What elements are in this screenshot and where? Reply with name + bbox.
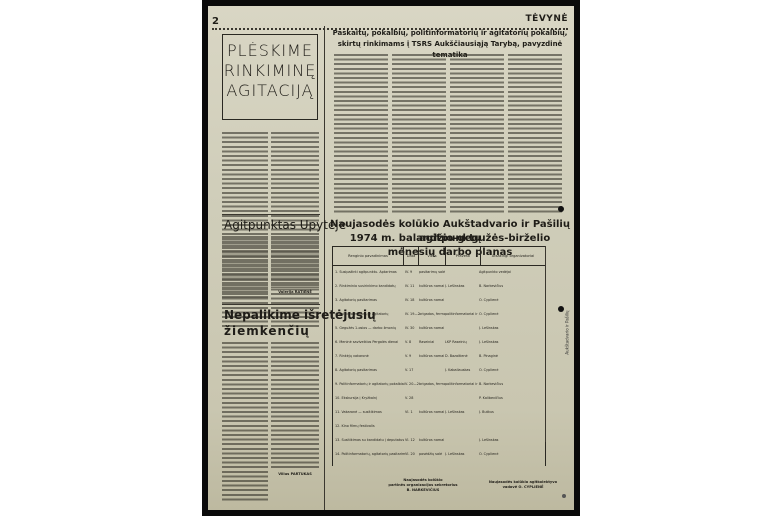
cell-organizers: J. Lešinskas [479,326,543,330]
themes-col4 [508,54,562,214]
cell-organizers: J. Lešinskas [479,340,543,344]
themes-col3 [450,54,504,214]
cell-place: kultūros namai [419,284,445,288]
cell-organizers: J. Butkus [479,410,543,414]
table-row: 5. Gegužės 1-osios — darbo žmoniųIV. 30k… [335,326,543,330]
cell-date: IV. 18 [405,298,419,302]
table-row: 8. Agitatorių pasitarimasV. 17J. Kabalia… [335,368,543,372]
cell-event: 5. Gegužės 1-osios — darbo žmonių [335,326,405,330]
themes-col1 [334,54,388,214]
cell-event: 10. Ekskursija į Kryžkalnį [335,396,405,400]
cell-date: V. 17 [405,368,419,372]
cell-organizers: O. Cyplienė [479,312,543,316]
cell-leader [445,270,479,274]
cell-organizers: J. Lešinskas [479,438,543,442]
nepalikime-body-col1 [222,342,268,502]
cell-place [419,396,445,400]
title-line: AGITACIJĄ [223,81,317,101]
cell-organizers: P. Kalibevičius [479,396,543,400]
table-row: 14. Politinformatorių, agitatorių pasita… [335,452,543,456]
cell-organizers: Agitpunkto vedėjai [479,270,543,274]
cell-event: 7. Rinkėjų vakaronė [335,354,405,358]
signature-line: B. NARKEVIČIUS [378,488,468,493]
cell-leader: LKP Raseinių [445,340,479,344]
themes-title-line1: Paskaitų, pokalbių, politinformatorių ir… [328,28,572,39]
col-header-place: Vieta [419,247,446,265]
table-row: 2. Rinkiminio susirinkimo kandidatųIV. 1… [335,284,543,288]
table-row: 10. Ekskursija į KryžkalnįV. 28P. Kalibe… [335,396,543,400]
cell-event: 13. Susitikimas su kandidatu į deputatus [335,438,405,442]
cell-event: 14. Politinformatorių, agitatorių pasita… [335,452,405,456]
cell-leader: D. Bazaitienė [445,354,479,358]
cell-place: kultūros namai [419,354,445,358]
cell-place: kultūros namai [419,438,445,442]
binding-hole [562,494,566,498]
masthead-title: TĖVYNĖ [526,14,568,24]
cell-leader: J. Lešinskas [445,452,479,456]
col-header-date: Data [404,247,419,265]
cell-leader: J. Lešinskas [445,284,479,288]
table-row: 4. Politinformatorių ir agitatoriųIV. 19… [335,312,543,316]
table-row: 3. Agitatorių pasitarimasIV. 18kultūros … [335,298,543,302]
cell-leader: politinformatoriai ir agitatoriai [445,312,479,316]
article-divider [222,214,320,215]
cell-event: 12. Kino filmų festivalis [335,424,405,428]
nepalikime-body-col2 [271,342,319,470]
table-row: 13. Susitikimas su kandidatu į deputatus… [335,438,543,442]
cell-date: IV. 30 [405,326,419,330]
cell-event: 6. Meninė saviveiklos Pergalės dienai [335,340,405,344]
col-header-leader: Pravesti [446,247,481,265]
cell-leader [445,326,479,330]
cell-event: 8. Agitatorių pasitarimas [335,368,405,372]
nepalikime-title-line2: žiemkenčių [224,324,310,338]
col-header-event: Renginio pavadinimas [333,247,404,265]
plan-table-body: 1. Susipažinti agitpunktu. AptarimasIV. … [333,266,545,466]
cell-event: 1. Susipažinti agitpunktu. Aptarimas [335,270,405,274]
cell-place: kultūros namai [419,298,445,302]
cell-leader: J. Kabaliauskas [445,368,479,372]
cell-date: VI. 20 [405,452,419,456]
article-divider [222,304,320,305]
cell-organizers: O. Cyplienė [479,452,543,456]
column-divider [324,26,325,510]
cell-date: V. 8 [405,340,419,344]
cell-organizers [479,424,543,428]
cell-leader [445,424,479,428]
agitpunktas-signature: Valerija RATIENĖ [271,290,319,295]
newspaper-scan: 2 TĖVYNĖ PLĖSKIME RINKIMINĘ AGITACIJĄ Ag… [202,0,580,516]
cell-organizers: B. Pinaginė [479,354,543,358]
cell-date: VI. 1 [405,410,419,414]
table-side-rule [545,246,546,442]
agitpunktas-body-col1 [222,236,268,300]
col-header-organizers: Atsakingi organizatoriai [481,247,545,265]
table-row: 1. Susipažinti agitpunktu. AptarimasIV. … [335,270,543,274]
cell-leader: J. Lešinskas [445,410,479,414]
title-line: PLĖSKIME [223,41,317,61]
cell-date: VI. 12 [405,438,419,442]
plan-signature-right: Naujasodės kolūkio agitkolektyvo vadovė … [478,480,568,490]
binding-hole [558,206,564,212]
themes-col2 [392,54,446,214]
table-row: 9. Politinformatorių ir agitatorių pokal… [335,382,543,386]
plan-signature-left: Naujasodės kolūkio partinės organizacijo… [378,478,468,493]
cell-place [419,424,445,428]
cell-leader [445,298,479,302]
cell-date: IV. 9 [405,270,419,274]
cell-event: 9. Politinformatorių ir agitatorių pokal… [335,382,405,386]
table-side-note: Aukštadvario ir Pašilių [565,310,570,354]
newspaper-page: 2 TĖVYNĖ PLĖSKIME RINKIMINĘ AGITACIJĄ Ag… [208,6,574,510]
cell-date: V. 9 [405,354,419,358]
cell-leader [445,438,479,442]
cell-event: 4. Politinformatorių ir agitatorių [335,312,405,316]
cell-leader: politinformatoriai ir agitatoriai [445,382,479,386]
cell-event: 11. Vakaronė — susitikimas [335,410,405,414]
cell-organizers: B. Narkevičius [479,382,543,386]
cell-date: V. 28 [405,396,419,400]
main-article-title: PLĖSKIME RINKIMINĘ AGITACIJĄ [222,34,318,120]
table-row: 11. Vakaronė — susitikimasVI. 1kultūros … [335,410,543,414]
cell-date: IV. 19—20 [405,312,419,316]
table-row: 7. Rinkėjų vakaronėV. 9kultūros namaiD. … [335,354,543,358]
cell-place: kultūros namai [419,410,445,414]
binding-hole [558,306,564,312]
cell-place: kultūros namai [419,326,445,330]
cell-date: IV. 11 [405,284,419,288]
cell-organizers: O. Cyplienė [479,298,543,302]
cell-place: Raseiniai [419,340,445,344]
cell-place: pasitarimų salė [419,270,445,274]
cell-organizers: O. Cyplienė [479,368,543,372]
cell-organizers: B. Narkevičius [479,284,543,288]
cell-event: 2. Rinkiminio susirinkimo kandidatų [335,284,405,288]
cell-date: V. 20—24 [405,382,419,386]
signature-line: vadovė O. CYPLIENĖ [478,485,568,490]
cell-place: brigados, fermos [419,312,445,316]
agitpunktas-body-col2 [271,236,319,288]
cell-place [419,368,445,372]
cell-leader [445,396,479,400]
table-row: 6. Meninė saviveiklos Pergalės dienaiV. … [335,340,543,344]
cell-date [405,424,419,428]
cell-event: 3. Agitatorių pasitarimas [335,298,405,302]
nepalikime-signature: Vilius PARTUKAS [271,472,319,477]
plan-table: Renginio pavadinimas Data Vieta Pravesti… [332,246,546,466]
table-row: 12. Kino filmų festivalis [335,424,543,428]
title-line: RINKIMINĘ [223,61,317,81]
plan-table-header: Renginio pavadinimas Data Vieta Pravesti… [333,247,545,266]
cell-place: posėdžių salė [419,452,445,456]
cell-place: brigados, fermos [419,382,445,386]
